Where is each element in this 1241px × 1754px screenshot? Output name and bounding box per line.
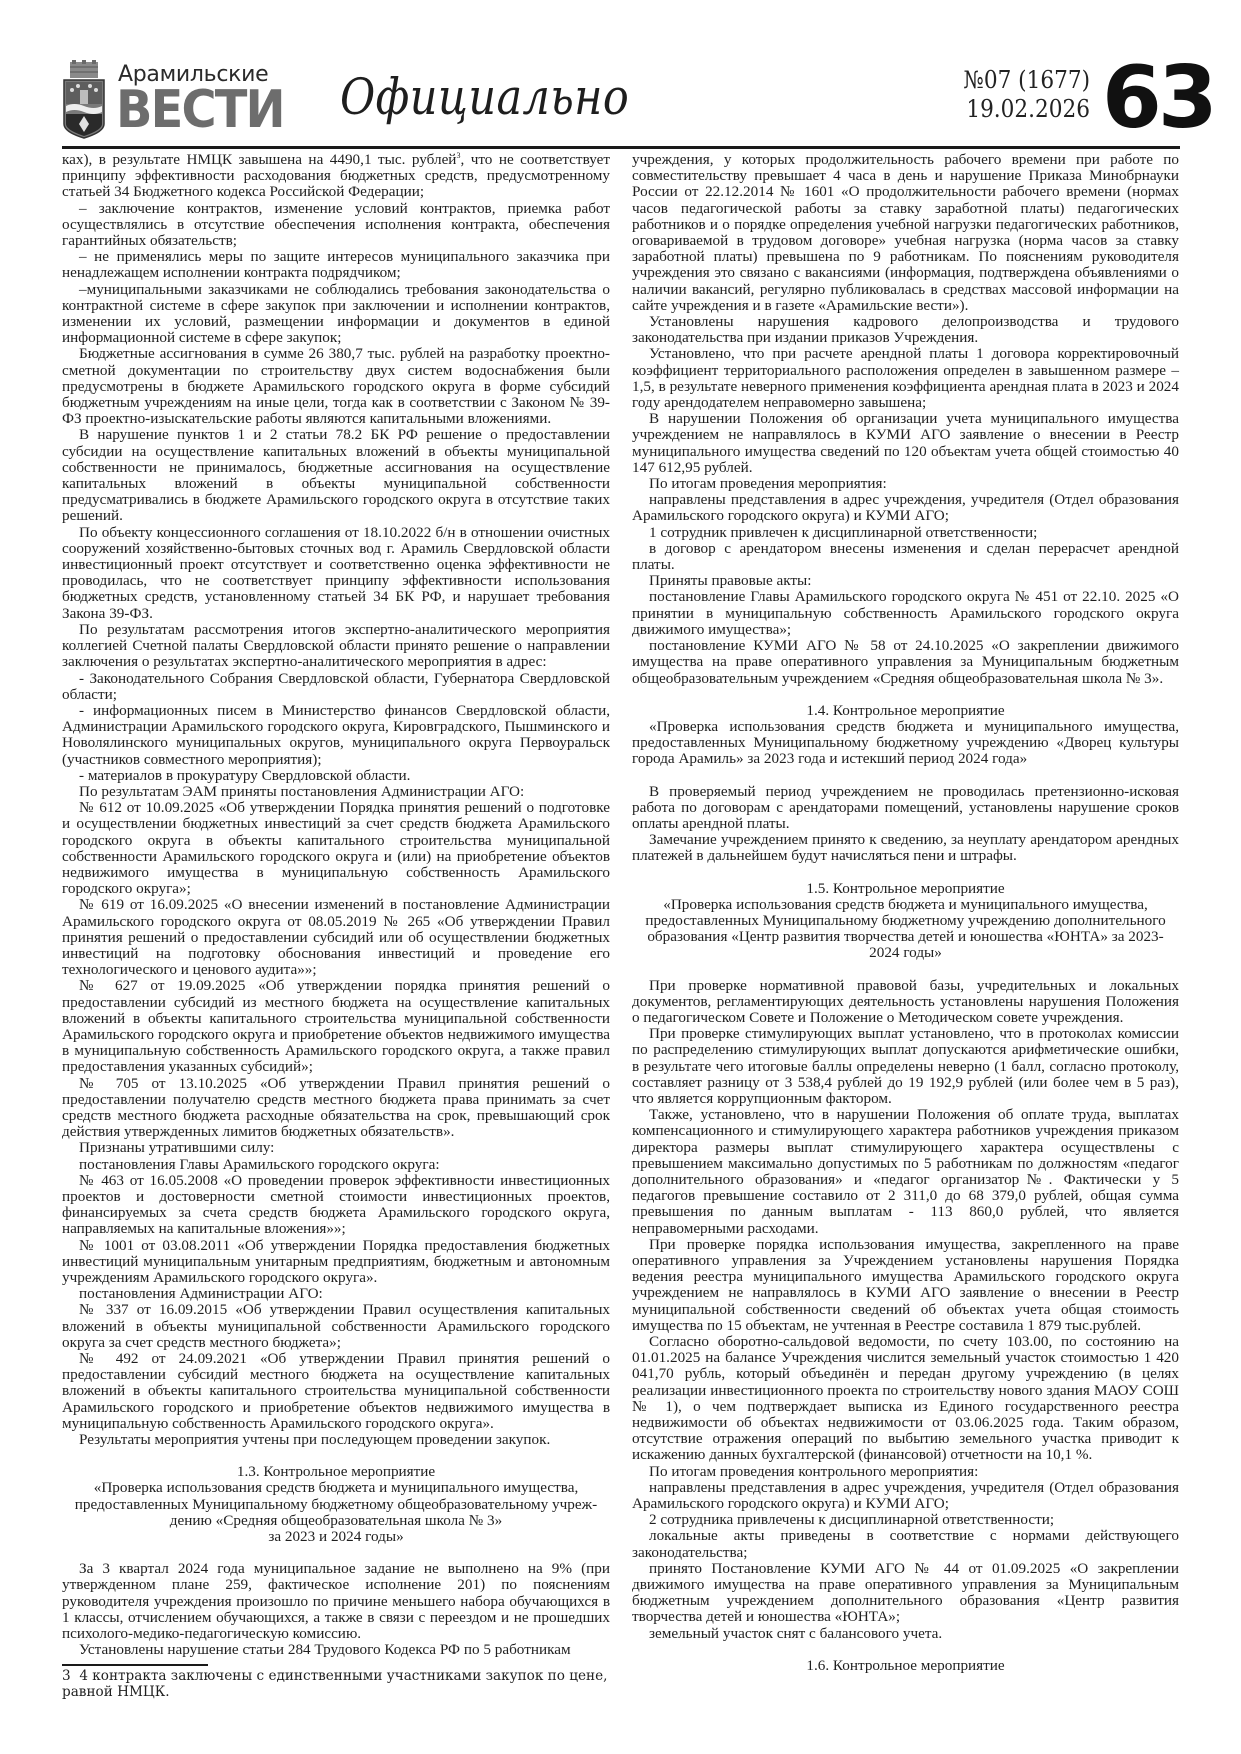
spacer: [632, 865, 1179, 881]
issue-info: №07 (1677) 19.02.2026: [894, 66, 1090, 124]
paragraph: постановление КУМИ АГО № 58 от 24.10.202…: [632, 638, 1179, 687]
footnote: 3 4 контракта заключены с единственными …: [62, 1668, 610, 1700]
city-coat-of-arms-icon: [62, 60, 106, 140]
paragraph: № 627 от 19.09.2025 «Об утверждении поря…: [62, 978, 610, 1075]
paragraph: Признаны утратившими силу:: [62, 1140, 610, 1156]
section-title: Официально: [340, 68, 629, 126]
paragraph: № 612 от 10.09.2025 «Об утверждении Поря…: [62, 800, 610, 897]
paragraph: № 492 от 24.09.2021 «Об утверждении Прав…: [62, 1351, 610, 1432]
issue-date: 19.02.2026: [894, 95, 1090, 124]
section-title-line: образования «Центр развития творчества д…: [632, 929, 1179, 945]
masthead-divider: [62, 146, 1180, 149]
section-1-4: 1.4. Контрольное мероприятие «Проверка и…: [632, 703, 1179, 865]
paragraph: 1 сотрудник привлечен к дисциплинарной о…: [632, 525, 1179, 541]
paragraph: принято Постановление КУМИ АГО № 44 от 0…: [632, 1561, 1179, 1626]
spacer: [632, 1642, 1179, 1658]
paragraph: Согласно оборотно-сальдовой ведомости, п…: [632, 1334, 1179, 1464]
paragraph: – не применялись меры по защите интересо…: [62, 249, 610, 281]
paragraph: Результаты мероприятия учтены при послед…: [62, 1432, 610, 1448]
paragraph: № 463 от 16.05.2008 «О проведении провер…: [62, 1173, 610, 1238]
paragraph: ках), в результате НМЦК завышена на 4490…: [62, 152, 610, 201]
paragraph: земельный участок снят с балансового уче…: [632, 1626, 1179, 1642]
section-title-line: «Проверка использования средств бюджета …: [632, 897, 1179, 913]
section-title-line: за 2023 и 2024 годы»: [62, 1529, 610, 1545]
left-column: ках), в результате НМЦК завышена на 4490…: [62, 152, 610, 1658]
paragraph: По итогам проведения мероприятия:: [632, 476, 1179, 492]
paragraph: В нарушение пунктов 1 и 2 статьи 78.2 БК…: [62, 427, 610, 524]
paragraph: постановления Администрации АГО:: [62, 1286, 610, 1302]
paragraph: постановления Главы Арамильского городск…: [62, 1157, 610, 1173]
paragraph: Установлены нарушения кадрового делопрои…: [632, 314, 1179, 346]
spacer: [632, 768, 1179, 784]
paragraph: 2 сотрудника привлечены к дисциплинарной…: [632, 1512, 1179, 1528]
paragraph: Установлены нарушение статьи 284 Трудово…: [62, 1642, 610, 1658]
footnote-number: 3: [62, 1668, 71, 1684]
section-title-line: 2024 годы»: [632, 945, 1179, 961]
paragraph: № 337 от 16.09.2015 «Об утверждении Прав…: [62, 1302, 610, 1351]
paragraph: локальные акты приведены в соответствие …: [632, 1528, 1179, 1560]
issue-number: №07 (1677): [894, 66, 1090, 95]
section-title-line: предоставленных Муниципальному бюджетном…: [62, 1497, 610, 1513]
paragraph: При проверке нормативной правовой базы, …: [632, 978, 1179, 1027]
paragraph: По результатам ЭАМ приняты постановления…: [62, 784, 610, 800]
spacer: [62, 1448, 610, 1464]
paragraph: - материалов в прокуратуру Свердловской …: [62, 768, 610, 784]
spacer: [632, 687, 1179, 703]
paragraph: По объекту концессионного соглашения от …: [62, 525, 610, 622]
section-title-line: предоставленных Муниципальному бюджетном…: [632, 913, 1179, 929]
paragraph: направлены представления в адрес учрежде…: [632, 1480, 1179, 1512]
paragraph: - Законодательного Собрания Свердловской…: [62, 671, 610, 703]
section-heading: 1.6. Контрольное мероприятие: [632, 1658, 1179, 1674]
section-1-5: 1.5. Контрольное мероприятие «Проверка и…: [632, 881, 1179, 1642]
masthead: Арамильские ВЕСТИ Официально №07 (1677) …: [62, 58, 1180, 146]
paragraph: По результатам рассмотрения итогов экспе…: [62, 622, 610, 671]
spacer: [62, 1545, 610, 1561]
paragraph: По итогам проведения контрольного меропр…: [632, 1464, 1179, 1480]
footnote-text: 4 контракта заключены с единственными уч…: [62, 1668, 607, 1700]
paragraph: в договор с арендатором внесены изменени…: [632, 541, 1179, 573]
paragraph: Также, установлено, что в нарушении Поло…: [632, 1107, 1179, 1237]
paragraph: № 619 от 16.09.2025 «О внесении изменени…: [62, 897, 610, 978]
paragraph: учреждения, у которых продолжительность …: [632, 152, 1179, 314]
paragraph: - информационных писем в Министерство фи…: [62, 703, 610, 768]
paragraph: Бюджетные ассигнования в сумме 26 380,7 …: [62, 346, 610, 427]
paragraph: –муниципальными заказчиками не соблюдали…: [62, 282, 610, 347]
page-number: 63: [1102, 50, 1214, 146]
section-heading: 1.5. Контрольное мероприятие: [632, 881, 1179, 897]
footnote-divider: [62, 1664, 208, 1666]
section-1-3: 1.3. Контрольное мероприятие «Проверка и…: [62, 1464, 610, 1658]
paragraph: Замечание учреждением принято к сведению…: [632, 832, 1179, 864]
paragraph: № 1001 от 03.08.2011 «Об утверждении Пор…: [62, 1238, 610, 1287]
section-heading: 1.3. Контрольное мероприятие: [62, 1464, 610, 1480]
paragraph: В проверяемый период учреждением не пров…: [632, 784, 1179, 833]
paragraph: За 3 квартал 2024 года муниципальное зад…: [62, 1561, 610, 1642]
paragraph: постановление Главы Арамильского городск…: [632, 589, 1179, 638]
logo-title: ВЕСТИ: [116, 82, 284, 138]
section-title-line: дению «Средняя общеобразовательная школа…: [62, 1513, 610, 1529]
paragraph: Приняты правовые акты:: [632, 573, 1179, 589]
section-1-6: 1.6. Контрольное мероприятие: [632, 1658, 1179, 1674]
paragraph: № 705 от 13.10.2025 «Об утверждении Прав…: [62, 1076, 610, 1141]
paragraph: При проверке порядка использования имуще…: [632, 1237, 1179, 1334]
paragraph: При проверке стимулирующих выплат устано…: [632, 1026, 1179, 1107]
right-column: учреждения, у которых продолжительность …: [632, 152, 1179, 1674]
paragraph: направлены представления в адрес учрежде…: [632, 492, 1179, 524]
newspaper-page: Арамильские ВЕСТИ Официально №07 (1677) …: [0, 0, 1241, 1754]
paragraph: – заключение контрактов, изменение услов…: [62, 201, 610, 250]
section-heading: 1.4. Контрольное мероприятие: [632, 703, 1179, 719]
paragraph: В нарушении Положения об организации уче…: [632, 411, 1179, 476]
section-title: «Проверка использования средств бюджета …: [632, 719, 1179, 768]
spacer: [632, 962, 1179, 978]
paragraph: Установлено, что при расчете арендной пл…: [632, 346, 1179, 411]
newspaper-logo: Арамильские ВЕСТИ: [62, 60, 292, 142]
section-title-line: «Проверка использования средств бюджета …: [62, 1480, 610, 1496]
